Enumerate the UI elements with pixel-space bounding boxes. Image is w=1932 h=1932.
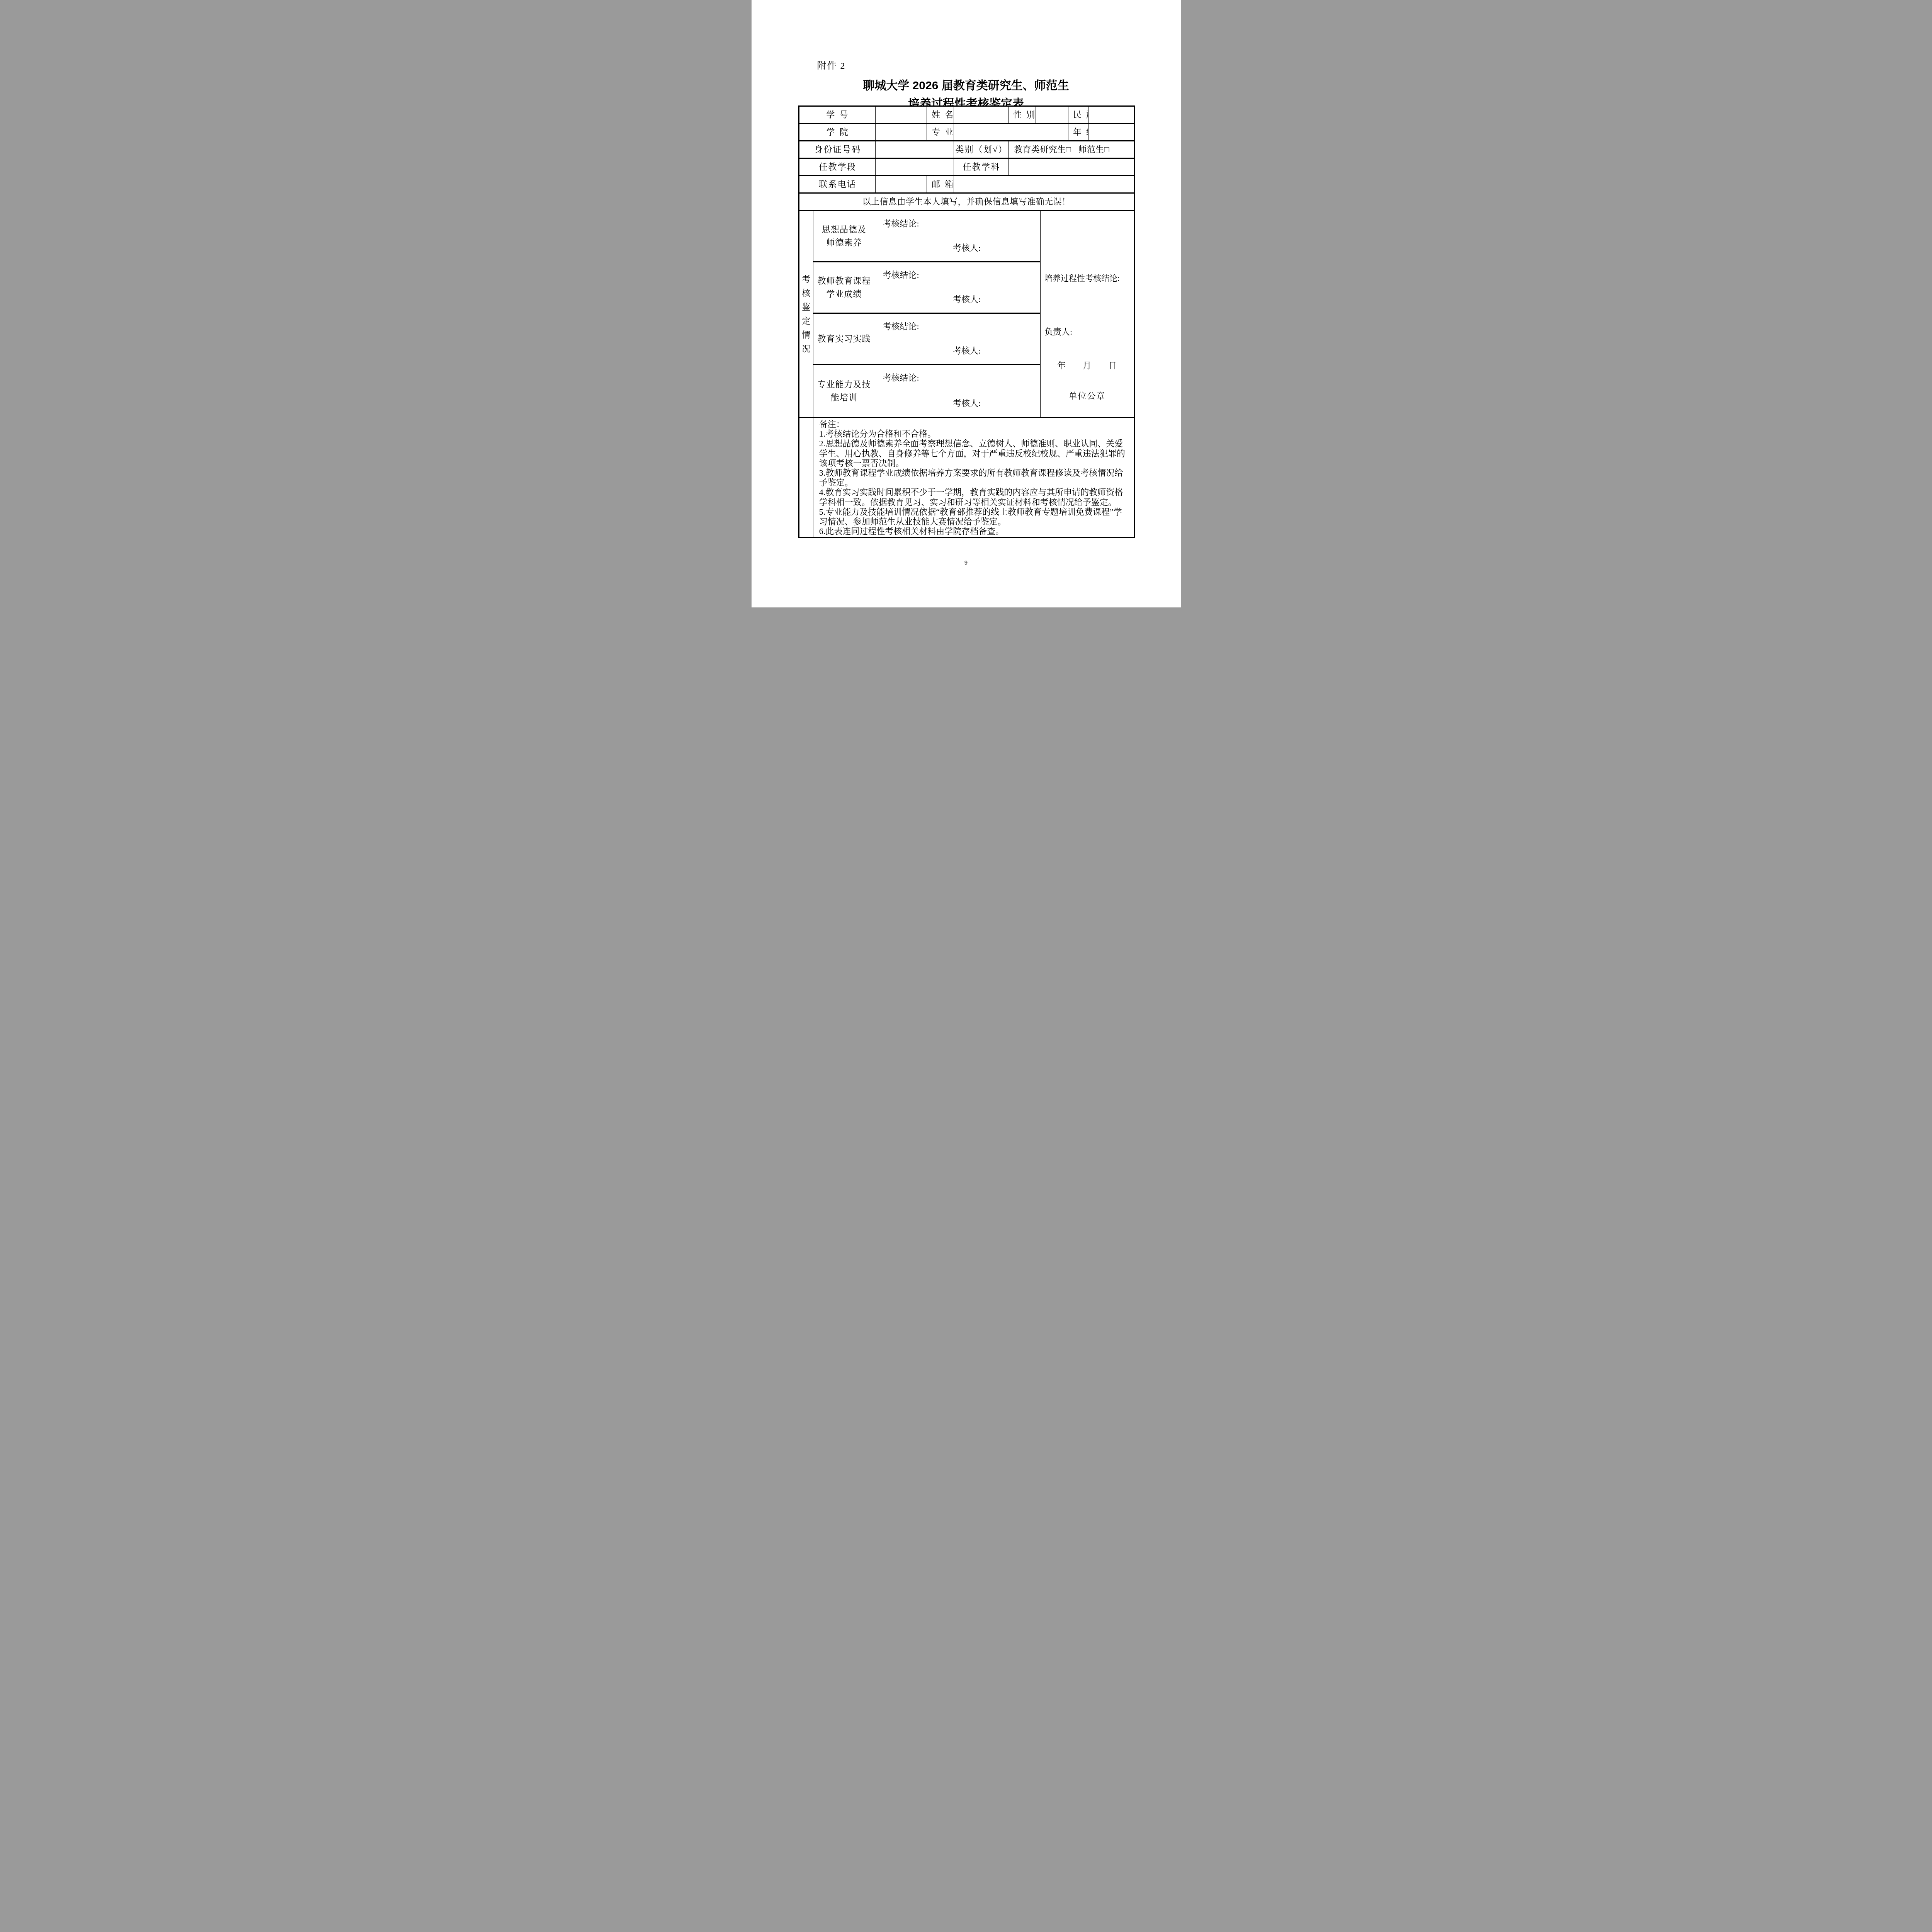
name-value-cell — [954, 107, 1009, 123]
notes-line: 备注： — [819, 419, 1131, 429]
notes-line: 2.思想品德及师德素养全面考察理想信念、立德树人、师德准则、职业认同、关爱 — [819, 439, 1131, 448]
conclusion-label: 考核结论: — [883, 371, 919, 383]
row-basic-4: 任教学段 任教学科 — [799, 159, 1134, 176]
page-number: 9 — [752, 560, 1181, 566]
conclusion-cell-skills: 考核结论: 考核人: — [875, 365, 1040, 417]
conclusion-label: 考核结论: — [883, 269, 919, 281]
college-label: 学院 — [799, 124, 876, 140]
assessment-form-table: 学号 姓名 性别 民族 学院 专业 年级 身份证号码 类别（划√） 教育类研究生… — [798, 105, 1135, 538]
teaching-subject-label: 任教学科 — [954, 159, 1009, 175]
notes-line: 学生、用心执教、自身修养等七个方面，对于严重违反校纪校规、严重违法犯罪的 — [819, 449, 1131, 458]
side-label-char: 定 — [802, 314, 810, 328]
id-number-value-cell — [876, 141, 954, 158]
responsible-person-label: 负责人: — [1041, 325, 1133, 337]
side-label-char: 况 — [802, 342, 810, 356]
category-label: 类别（划√） — [954, 141, 1009, 158]
phone-value-cell — [876, 176, 927, 192]
notes-line: 1.考核结论分为合格和不合格。 — [819, 429, 1131, 439]
college-value-cell — [876, 124, 927, 140]
assessment-rows: 思想品德及 师德素养 考核结论: 考核人: 教师教育课程 学业成绩 考核结论: — [813, 211, 1041, 417]
assessor-label: 考核人: — [953, 344, 981, 356]
side-label-char: 核 — [802, 286, 810, 300]
ethnicity-label: 民族 — [1068, 107, 1088, 123]
side-label-char: 鉴 — [802, 300, 810, 314]
notes-line: 习情况、参加师范生从业技能大赛情况给予鉴定。 — [819, 517, 1131, 526]
grade-label: 年级 — [1068, 124, 1088, 140]
assessment-section: 考 核 鉴 定 情 况 思想品德及 师德素养 考核结论: 考核人: — [799, 211, 1134, 418]
teaching-stage-value-cell — [876, 159, 954, 175]
name-label: 姓名 — [927, 107, 954, 123]
assessment-row-internship: 教育实习实践 考核结论: 考核人: — [813, 314, 1040, 365]
conclusion-cell-coursework: 考核结论: 考核人: — [875, 262, 1040, 313]
major-value-cell — [954, 124, 1068, 140]
row-basic-3: 身份证号码 类别（划√） 教育类研究生□ 师范生□ — [799, 141, 1134, 159]
assessment-row-coursework: 教师教育课程 学业成绩 考核结论: 考核人: — [813, 262, 1040, 314]
side-label-char: 情 — [802, 328, 810, 342]
row-basic-5: 联系电话 邮箱 — [799, 176, 1134, 194]
notes-line: 4.教育实习实践时间累积不少于一学期，教育实践的内容应与其所申请的教师资格 — [819, 487, 1131, 497]
major-label: 专业 — [927, 124, 954, 140]
email-value-cell — [954, 176, 1134, 192]
category-line: 思想品德及 — [822, 223, 866, 236]
section-side-label: 考 核 鉴 定 情 况 — [799, 211, 813, 417]
ethnicity-value-cell — [1088, 107, 1134, 123]
notes-line: 学科相一致。依据教育见习、实习和研习等相关实证材料和考核情况给予鉴定。 — [819, 497, 1131, 507]
student-fill-notice: 以上信息由学生本人填写，并确保信息填写准确无误！ — [799, 194, 1134, 210]
student-id-label: 学号 — [799, 107, 876, 123]
assessment-row-skills: 专业能力及技 能培训 考核结论: 考核人: — [813, 365, 1040, 417]
row-notice: 以上信息由学生本人填写，并确保信息填写准确无误！ — [799, 194, 1134, 211]
category-line: 专业能力及技 — [818, 378, 871, 391]
conclusion-label: 考核结论: — [883, 217, 919, 229]
unit-seal-label: 单位公章 — [1041, 389, 1133, 401]
assessor-label: 考核人: — [953, 241, 981, 253]
row-basic-2: 学院 专业 年级 — [799, 124, 1134, 141]
student-id-value-cell — [876, 107, 927, 123]
document-title-line1: 聊城大学 2026 届教育类研究生、师范生 — [752, 76, 1181, 93]
grade-value-cell — [1088, 124, 1134, 140]
document-page: 附件 2 聊城大学 2026 届教育类研究生、师范生 培养过程性考核鉴定表 学号… — [752, 0, 1181, 607]
category-coursework-label: 教师教育课程 学业成绩 — [813, 262, 876, 313]
category-moral-label: 思想品德及 师德素养 — [813, 211, 876, 261]
conclusion-label: 考核结论: — [883, 320, 919, 332]
notes-line: 6.此表连同过程性考核相关材料由学院存档备查。 — [819, 526, 1131, 536]
notes-line: 该项考核一票否决制。 — [819, 458, 1131, 468]
row-basic-1: 学号 姓名 性别 民族 — [799, 107, 1134, 124]
email-label: 邮箱 — [927, 176, 954, 192]
category-line: 学业成绩 — [827, 287, 862, 301]
assessment-row-moral: 思想品德及 师德素养 考核结论: 考核人: — [813, 211, 1040, 262]
category-skills-label: 专业能力及技 能培训 — [813, 365, 876, 417]
category-line: 能培训 — [831, 391, 857, 404]
id-number-label: 身份证号码 — [799, 141, 876, 158]
teaching-stage-label: 任教学段 — [799, 159, 876, 175]
assessor-label: 考核人: — [953, 397, 981, 409]
teaching-subject-value-cell — [1009, 159, 1134, 175]
side-label-char: 考 — [802, 272, 810, 286]
phone-label: 联系电话 — [799, 176, 876, 192]
overall-summary-cell: 培养过程性考核结论: 负责人: 年 月 日 单位公章 — [1041, 211, 1133, 417]
category-line: 教育实习实践 — [818, 332, 871, 345]
notes-section: 备注： 1.考核结论分为合格和不合格。 2.思想品德及师德素养全面考察理想信念、… — [799, 418, 1134, 537]
notes-line: 3.教师教育课程学业成绩依据培养方案要求的所有教师教育课程修读及考核情况给 — [819, 468, 1131, 478]
gender-value-cell — [1036, 107, 1068, 123]
category-internship-label: 教育实习实践 — [813, 314, 876, 364]
notes-line: 予鉴定。 — [819, 478, 1131, 487]
conclusion-cell-internship: 考核结论: 考核人: — [875, 314, 1040, 364]
attachment-label: 附件 2 — [817, 58, 846, 71]
category-line: 师德素养 — [827, 236, 862, 249]
assessor-label: 考核人: — [953, 293, 981, 305]
notes-content: 备注： 1.考核结论分为合格和不合格。 2.思想品德及师德素养全面考察理想信念、… — [813, 418, 1134, 537]
conclusion-cell-moral: 考核结论: 考核人: — [875, 211, 1040, 261]
category-options: 教育类研究生□ 师范生□ — [1009, 141, 1134, 158]
date-label: 年 月 日 — [1041, 359, 1133, 371]
gender-label: 性别 — [1009, 107, 1036, 123]
notes-side-spacer — [799, 418, 813, 537]
overall-conclusion-label: 培养过程性考核结论: — [1041, 272, 1133, 284]
notes-line: 5.专业能力及技能培训情况依据“教育部推荐的线上教师教育专题培训免费课程”学 — [819, 507, 1131, 517]
category-line: 教师教育课程 — [818, 274, 871, 287]
